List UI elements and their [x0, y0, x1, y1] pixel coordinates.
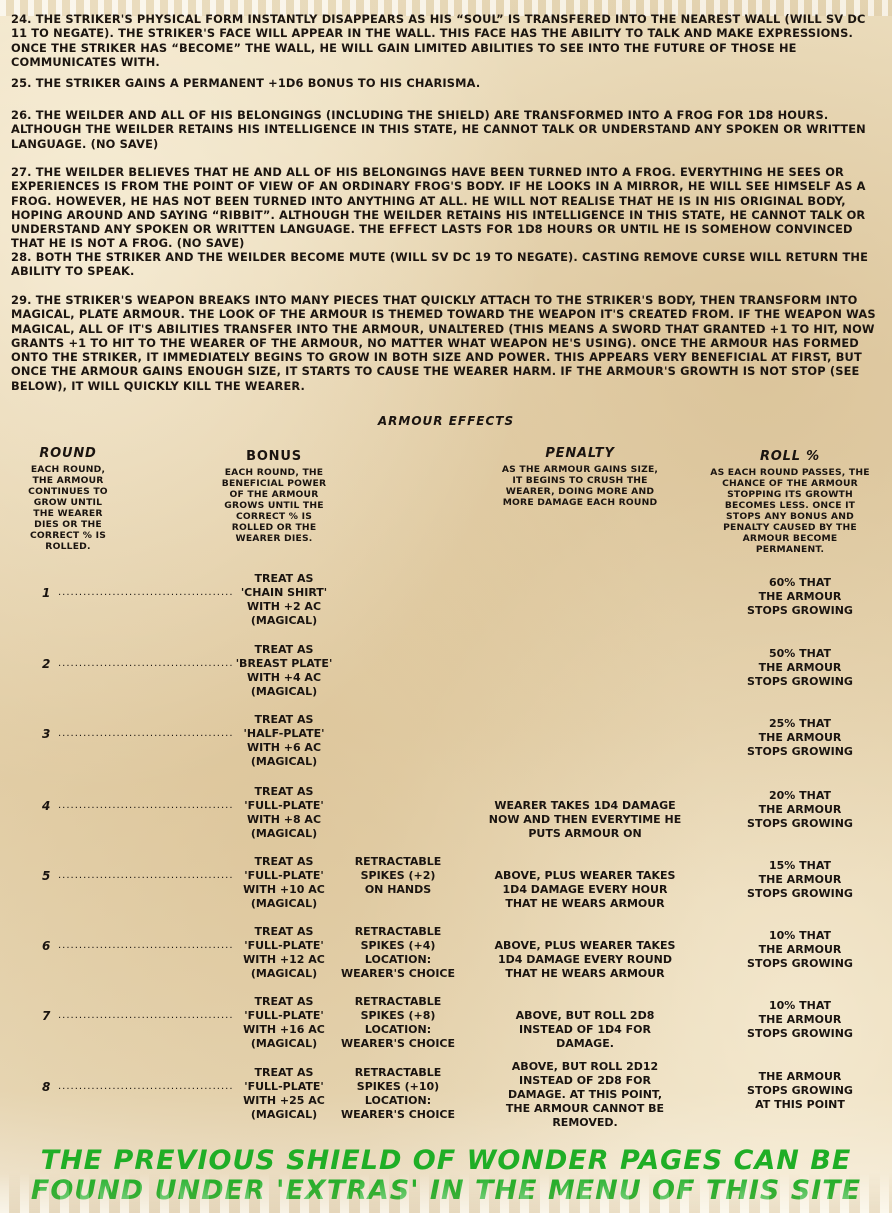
- column-heading: Bonus: [218, 449, 330, 464]
- dot-leader: ........................................…: [58, 658, 234, 669]
- column-heading: Penalty: [500, 446, 660, 461]
- round-number: 2: [42, 657, 50, 671]
- dot-leader: ........................................…: [58, 728, 234, 739]
- bonus-cell: Treat as 'Half-Plate' with +6 AC (magica…: [222, 713, 346, 769]
- roll-cell: 15% that the armour stops growing: [728, 859, 872, 901]
- penalty-cell: Above, but roll 2d12 instead of 2d8 for …: [470, 1060, 700, 1130]
- column-bonus: Bonus Each round, the beneficial power o…: [218, 449, 330, 544]
- roll-cell: 25% that the armour stops growing: [728, 717, 872, 759]
- column-roll: Roll % As each round passes, the chance …: [710, 449, 870, 555]
- round-number: 3: [42, 727, 50, 741]
- roll-cell: 60% that the armour stops growing: [728, 576, 872, 618]
- round-number: 7: [42, 1009, 50, 1023]
- column-penalty: Penalty As the armour gains size, it beg…: [500, 446, 660, 508]
- round-number: 6: [42, 939, 50, 953]
- round-number: 4: [42, 799, 50, 813]
- spikes-cell: Retractable spikes (+4) location: wearer…: [336, 925, 460, 981]
- roll-cell: 50% that the armour stops growing: [728, 647, 872, 689]
- roll-cell: 20% that the armour stops growing: [728, 789, 872, 831]
- entry-29: 29. The Striker's weapon breaks into man…: [11, 293, 881, 393]
- dot-leader: ........................................…: [58, 587, 234, 598]
- dot-leader: ........................................…: [58, 870, 234, 881]
- bonus-cell: Treat as 'Breast Plate' with +4 AC (magi…: [222, 643, 346, 699]
- penalty-cell: Above, plus wearer takes 1d4 damage ever…: [470, 939, 700, 981]
- column-description: As the armour gains size, it begins to c…: [500, 464, 660, 508]
- entry-24: 24. The Striker's physical form instantl…: [11, 12, 881, 69]
- penalty-cell: Above, plus wearer takes 1d4 damage ever…: [470, 869, 700, 911]
- bonus-cell: Treat as 'Full-Plate' with +12 AC (magic…: [222, 925, 346, 981]
- dot-leader: ........................................…: [58, 800, 234, 811]
- paper-edge-bottom: [0, 1173, 892, 1213]
- bonus-cell: Treat as 'Full-Plate' with +8 AC (magica…: [222, 785, 346, 841]
- entry-25: 25. The Striker gains a permanent +1d6 b…: [11, 76, 881, 90]
- bonus-cell: Treat as 'Full-Plate' with +16 AC (magic…: [222, 995, 346, 1051]
- round-number: 5: [42, 869, 50, 883]
- column-description: As each round passes, the chance of the …: [710, 467, 870, 555]
- round-number: 1: [42, 586, 50, 600]
- penalty-cell: Wearer takes 1d4 damage now and then eve…: [470, 799, 700, 841]
- armour-effects-title: Armour Effects: [0, 414, 892, 428]
- spikes-cell: Retractable spikes (+10) location: weare…: [336, 1066, 460, 1122]
- column-heading: Round: [28, 446, 108, 461]
- entry-28: 28. Both the Striker and the Weilder bec…: [11, 250, 881, 279]
- spikes-cell: Retractable spikes (+8) location: wearer…: [336, 995, 460, 1051]
- roll-cell: 10% that the armour stops growing: [728, 929, 872, 971]
- bonus-cell: Treat as 'Full-Plate' with +10 AC (magic…: [222, 855, 346, 911]
- roll-cell: The armour stops growing at this point: [728, 1070, 872, 1112]
- penalty-cell: Above, but roll 2d8 instead of 1d4 for d…: [470, 1009, 700, 1051]
- bonus-cell: Treat as 'Full-Plate' with +25 AC (magic…: [222, 1066, 346, 1122]
- column-description: Each round, the armour continues to grow…: [28, 464, 108, 552]
- roll-cell: 10% that the armour stops growing: [728, 999, 872, 1041]
- entry-26: 26. The Weilder and all of his belonging…: [11, 108, 881, 151]
- entry-27: 27. The Weilder believes that he and all…: [11, 165, 881, 251]
- column-heading: Roll %: [710, 449, 870, 464]
- spikes-cell: Retractable spikes (+2) on hands: [336, 855, 460, 897]
- bonus-cell: Treat as 'Chain Shirt' with +2 AC (magic…: [222, 572, 346, 628]
- dot-leader: ........................................…: [58, 1010, 234, 1021]
- round-number: 8: [42, 1080, 50, 1094]
- column-round: Round Each round, the armour continues t…: [28, 446, 108, 552]
- column-description: Each round, the beneficial power of the …: [218, 467, 330, 544]
- dot-leader: ........................................…: [58, 1081, 234, 1092]
- dot-leader: ........................................…: [58, 940, 234, 951]
